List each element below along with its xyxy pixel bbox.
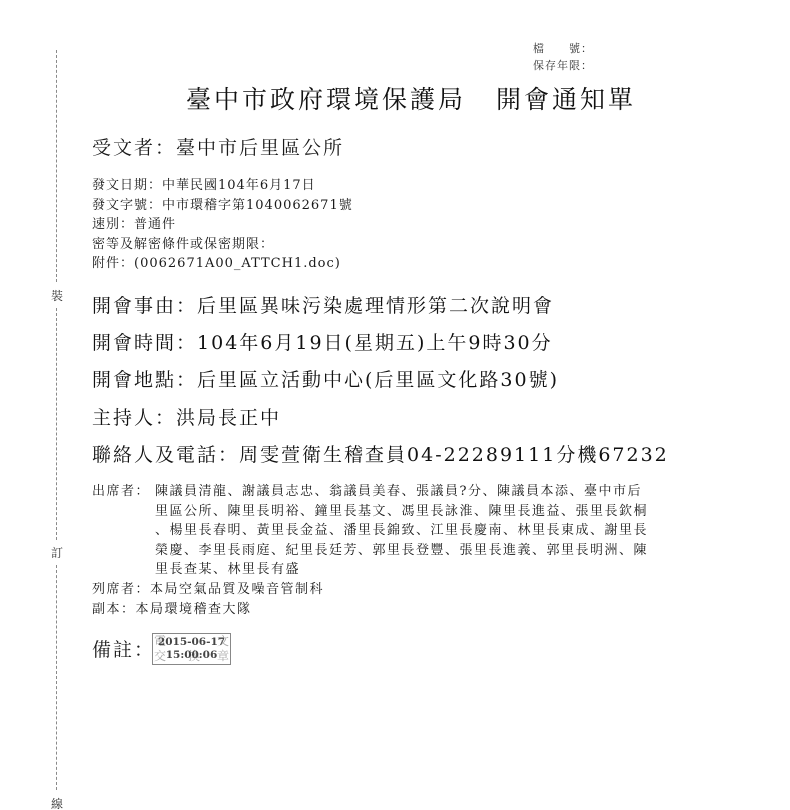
attachment: 附件：(0062671A00_ATTCH1.doc) [92, 254, 353, 274]
recipient: 受文者：臺中市后里區公所 [92, 133, 344, 160]
attachment-link[interactable]: (0062671A00_ATTCH1.doc) [134, 256, 341, 271]
agency-name: 臺中市政府環境保護局 [186, 85, 466, 114]
binding-mark-bottom: 線 [49, 795, 65, 810]
binding-line-middle [56, 308, 57, 540]
recipient-value: 臺中市后里區公所 [176, 137, 344, 159]
document-number: 發文字號：中市環稽字第1040062671號 [92, 196, 353, 216]
stamp-date: 2015-06-17 [155, 636, 228, 649]
document-title: 臺中市政府環境保護局開會通知單 [186, 80, 636, 116]
attendees: 出席者： 陳議員清龍、謝議員志忠、翁議員美春、張議員?分、陳議員本添、臺中市后 … [92, 482, 712, 580]
attendees-label: 出席者： [92, 482, 150, 502]
classification: 密等及解密條件或保密期限： [92, 235, 353, 255]
issue-date: 發文日期：中華民國104年6月17日 [92, 176, 353, 196]
meeting-location: 開會地點：后里區立活動中心(后里區文化路30號) [92, 365, 559, 392]
distribution: 列席者：本局空氣品質及噪音管制科 副本：本局環境稽查大隊 [92, 580, 324, 619]
observers: 列席者：本局空氣品質及噪音管制科 [92, 580, 324, 600]
meeting-host: 主持人：洪局長正中 [92, 403, 281, 430]
meeting-subject: 開會事由：后里區異味污染處理情形第二次說明會 [92, 291, 554, 318]
urgency: 速別：普通件 [92, 215, 353, 235]
attendees-line: 里長查某、林里長有盛 [155, 560, 712, 580]
remark-label: 備註： [92, 639, 155, 661]
issue-info: 發文日期：中華民國104年6月17日 發文字號：中市環稽字第1040062671… [92, 176, 353, 274]
attendees-line: 、楊里長春明、黃里長金益、潘里長錦致、江里長慶南、林里長東成、謝里長 [155, 521, 712, 541]
copies: 副本：本局環境稽查大隊 [92, 600, 324, 620]
binding-mark-middle: 訂 [49, 544, 65, 561]
document-type: 開會通知單 [496, 85, 636, 114]
attendees-line: 陳議員清龍、謝議員志忠、翁議員美春、張議員?分、陳議員本添、臺中市后 [155, 482, 712, 502]
remark: 備註： [92, 635, 155, 662]
binding-line-bottom [56, 565, 57, 790]
electronic-seal-stamp: 電 文 交 章 換 2015-06-17 15:00:06 [152, 633, 231, 665]
binding-mark-top: 裝 [49, 287, 65, 304]
binding-line-top [56, 50, 57, 282]
retention-period-label: 保存年限： [533, 57, 593, 74]
meeting-time: 開會時間：104年6月19日(星期五)上午9時30分 [92, 328, 553, 355]
attendees-line: 里區公所、陳里長明裕、鐘里長基文、馮里長詠淮、陳里長進益、張里長欽桐 [155, 502, 712, 522]
file-meta: 檔 號： 保存年限： [533, 40, 593, 74]
recipient-label: 受文者： [92, 137, 176, 159]
attendees-line: 榮慶、李里長雨庭、紀里長廷芳、郭里長登豐、張里長進義、郭里長明洲、陳 [155, 541, 712, 561]
stamp-time: 15:00:06 [155, 649, 228, 662]
attendees-list: 陳議員清龍、謝議員志忠、翁議員美春、張議員?分、陳議員本添、臺中市后 里區公所、… [155, 482, 712, 580]
file-number-label: 檔 號： [533, 40, 593, 57]
meeting-contact: 聯絡人及電話：周雯萱衛生稽查員04-22289111分機67232 [92, 440, 669, 467]
